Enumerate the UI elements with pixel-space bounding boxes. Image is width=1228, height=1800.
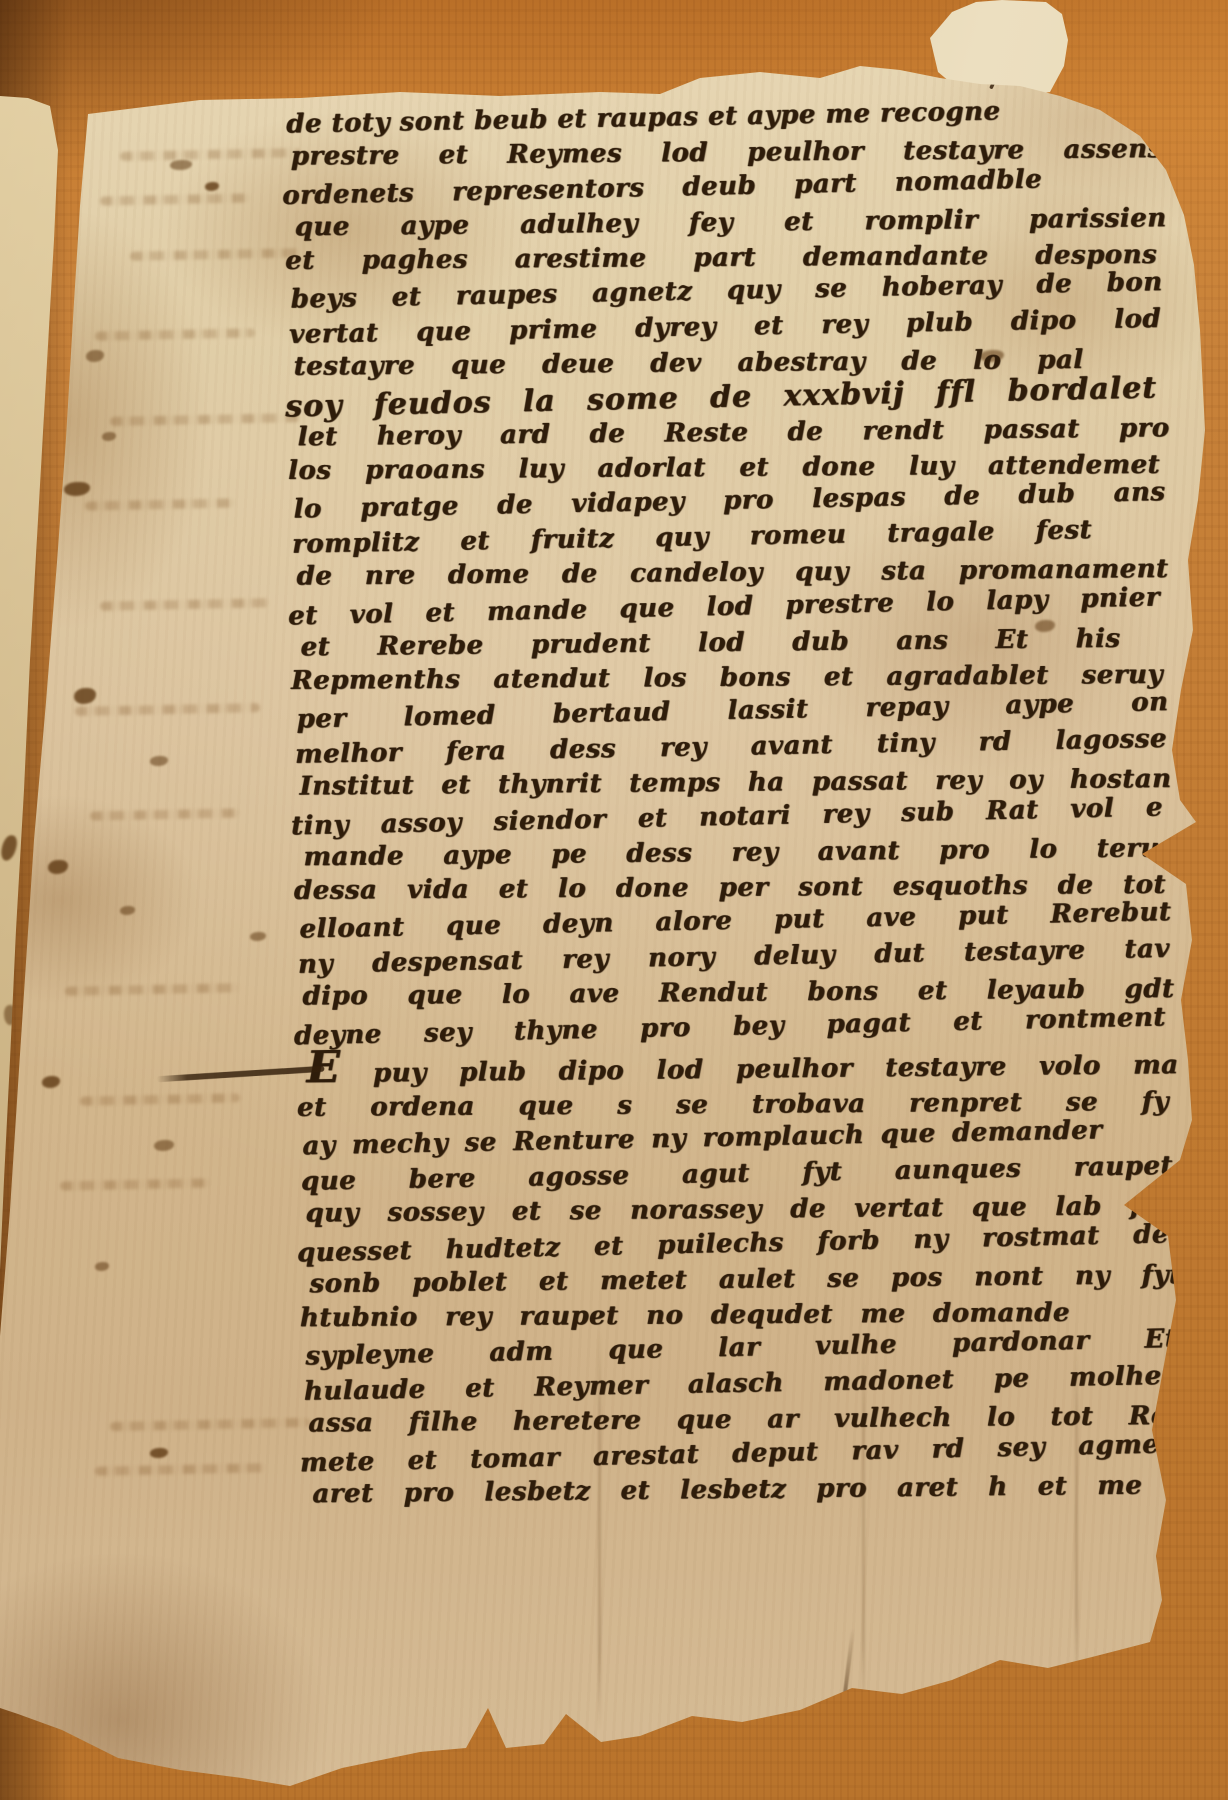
ink-bleed-mark [95, 1262, 109, 1271]
ghost-text-trace [100, 193, 250, 205]
ink-bleed-mark [154, 1140, 174, 1151]
ghost-text-trace [120, 148, 300, 161]
ghost-text-trace [65, 983, 240, 996]
ghost-text-trace [110, 1418, 310, 1431]
ghost-text-trace [95, 1463, 265, 1476]
manuscript-page: de toty sont beub et raupas et aype me r… [0, 0, 1228, 1800]
ink-bleed-mark [48, 860, 68, 874]
ink-bleed-mark [170, 160, 192, 170]
ink-bleed-mark [102, 432, 116, 441]
ink-bleed-mark [205, 182, 219, 191]
ghost-text-trace [130, 248, 300, 261]
ink-bleed-mark [250, 932, 266, 941]
ink-bleed-mark [150, 1448, 168, 1458]
ghost-text-trace [80, 1093, 240, 1105]
ghost-text-trace [110, 413, 300, 426]
ghost-text-trace [85, 498, 235, 510]
ghost-text-trace [90, 808, 240, 820]
ink-bleed-mark [120, 906, 135, 915]
manuscript-text-block: de toty sont beub et raupas et aype me r… [286, 93, 1212, 1513]
ghost-text-trace [75, 703, 260, 716]
manuscript-photo-scene: de toty sont beub et raupas et aype me r… [0, 0, 1228, 1800]
ghost-text-trace [100, 598, 270, 611]
ghost-text-trace [95, 328, 255, 340]
ink-bleed-mark [150, 756, 168, 766]
ink-bleed-mark [74, 688, 96, 704]
manuscript-line: aret pro lesbetz et lesbetz pro aret h e… [312, 1469, 1142, 1513]
ink-bleed-mark [86, 350, 104, 362]
ghost-text-trace [60, 1178, 210, 1190]
ink-bleed-mark [0, 834, 19, 862]
ink-bleed-mark [42, 1076, 60, 1088]
manuscript-line: E puy plub dipo lod peulhor testayre vol… [306, 1041, 1178, 1092]
ink-bleed-mark [64, 482, 90, 496]
